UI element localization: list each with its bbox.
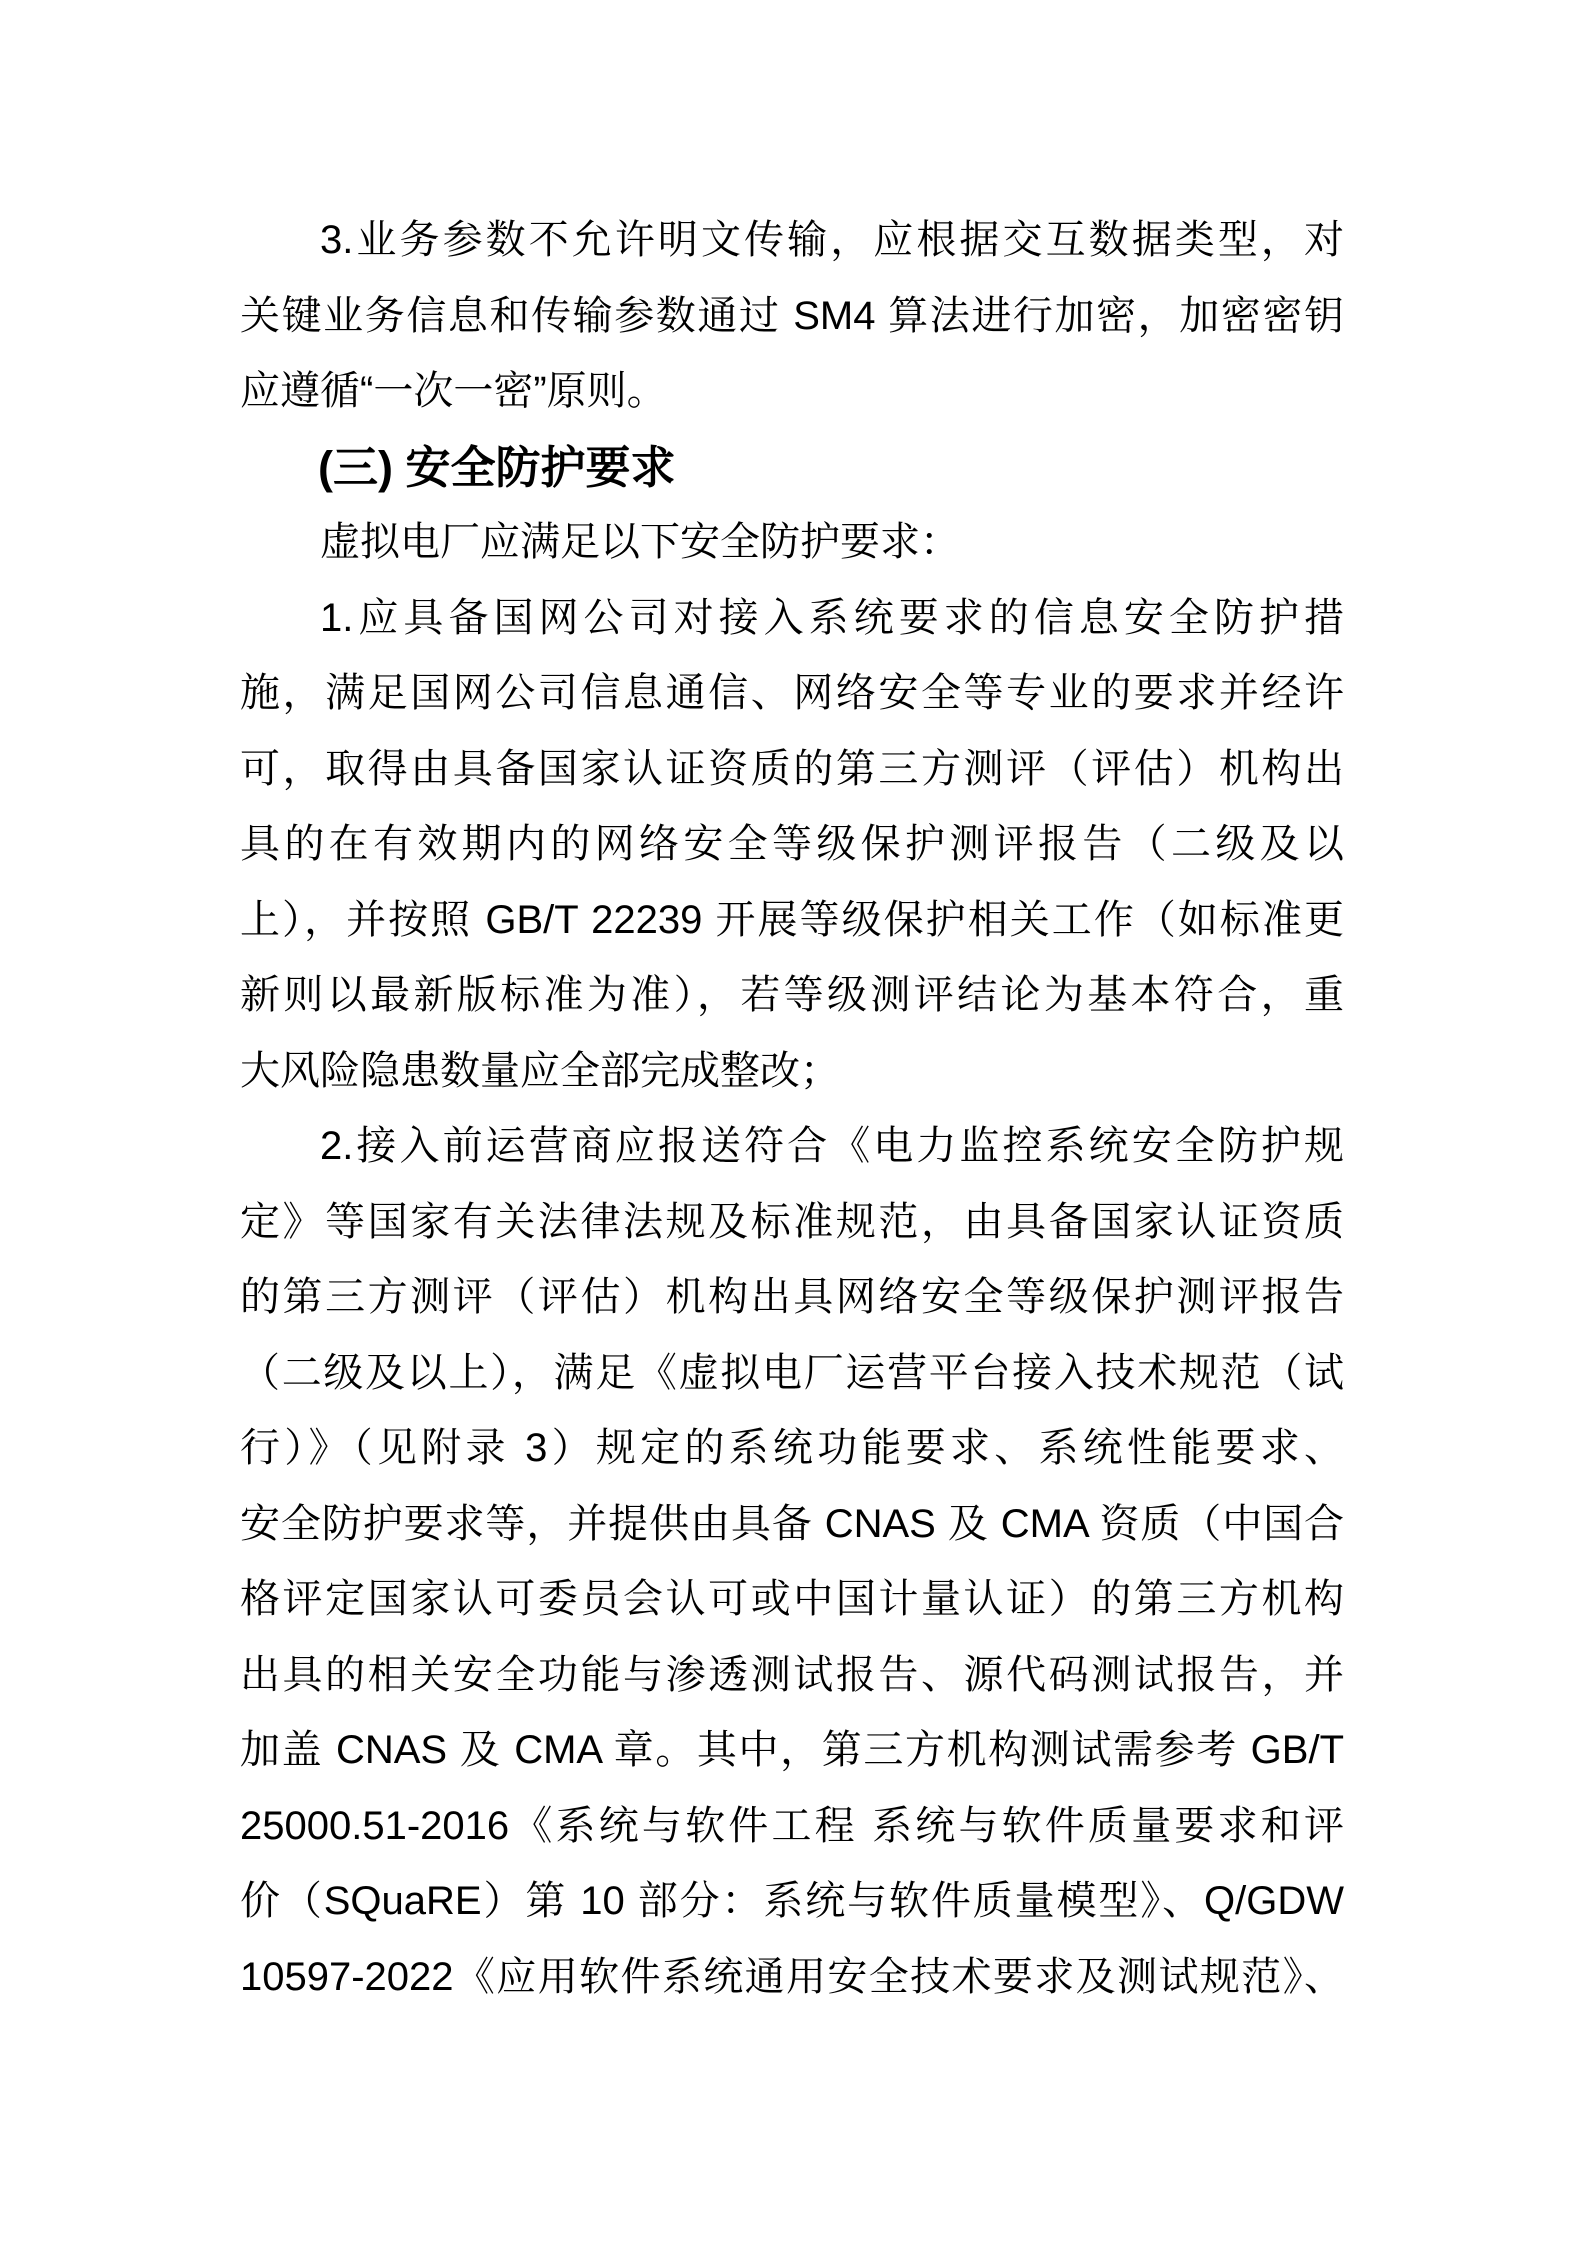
paragraph-item2-line-10: 25000.51-2016《系统与软件工程 系统与软件质量要求和评: [240, 1789, 1344, 1865]
section-heading: (三) 安全防护要求: [240, 430, 1344, 506]
paragraph-item1-line-3: 可，取得由具备国家认证资质的第三方测评（评估）机构出: [240, 732, 1344, 808]
paragraph-item2-line-5: 行）》（见附录 3）规定的系统功能要求、系统性能要求、: [240, 1411, 1344, 1487]
paragraph-item2-line-7: 格评定国家认可委员会认可或中国计量认证）的第三方机构: [240, 1562, 1344, 1638]
paragraph-item2-line-1: 2.接入前运营商应报送符合《电力监控系统安全防护规: [240, 1109, 1344, 1185]
paragraph-item3-line-2: 关键业务信息和传输参数通过 SM4 算法进行加密，加密密钥: [240, 279, 1344, 355]
paragraph-item1-line-6: 新则以最新版标准为准），若等级测评结论为基本符合，重: [240, 958, 1344, 1034]
paragraph-item2-line-11: 价（SQuaRE）第 10 部分：系统与软件质量模型》、Q/GDW: [240, 1864, 1344, 1940]
paragraph-item1-line-1: 1.应具备国网公司对接入系统要求的信息安全防护措: [240, 581, 1344, 657]
paragraph-item1-line-4: 具的在有效期内的网络安全等级保护测评报告（二级及以: [240, 807, 1344, 883]
paragraph-item2-line-8: 出具的相关安全功能与渗透测试报告、源代码测试报告，并: [240, 1638, 1344, 1714]
paragraph-item1-line-7: 大风险隐患数量应全部完成整改；: [240, 1034, 1344, 1110]
paragraph-item3-line-3: 应遵循“一次一密”原则。: [240, 354, 1344, 430]
paragraph-item3-line-1: 3.业务参数不允许明文传输，应根据交互数据类型，对: [240, 203, 1344, 279]
paragraph-item2-line-6: 安全防护要求等，并提供由具备 CNAS 及 CMA 资质（中国合: [240, 1487, 1344, 1563]
document-page: 3.业务参数不允许明文传输，应根据交互数据类型，对 关键业务信息和传输参数通过 …: [0, 0, 1587, 2245]
paragraph-item1-line-5: 上），并按照 GB/T 22239 开展等级保护相关工作（如标准更: [240, 883, 1344, 959]
paragraph-item2-line-3: 的第三方测评（评估）机构出具网络安全等级保护测评报告: [240, 1260, 1344, 1336]
paragraph-item2-line-4: （二级及以上），满足《虚拟电厂运营平台接入技术规范（试: [240, 1336, 1344, 1412]
paragraph-intro-line: 虚拟电厂应满足以下安全防护要求：: [240, 505, 1344, 581]
paragraph-item1-line-2: 施，满足国网公司信息通信、网络安全等专业的要求并经许: [240, 656, 1344, 732]
document-text-block: 3.业务参数不允许明文传输，应根据交互数据类型，对 关键业务信息和传输参数通过 …: [240, 203, 1344, 2015]
paragraph-item2-line-2: 定》等国家有关法律法规及标准规范，由具备国家认证资质: [240, 1185, 1344, 1261]
paragraph-item2-line-9: 加盖 CNAS 及 CMA 章。其中，第三方机构测试需参考 GB/T: [240, 1713, 1344, 1789]
paragraph-item2-line-12: 10597-2022《应用软件系统通用安全技术要求及测试规范》、: [240, 1940, 1344, 2016]
